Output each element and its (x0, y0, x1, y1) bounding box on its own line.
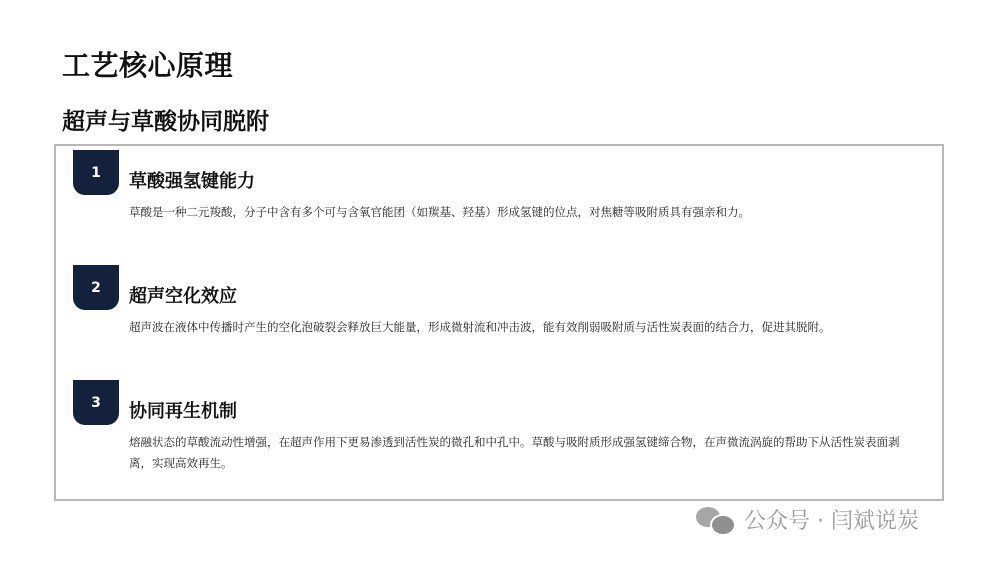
number-badge: 2 (73, 265, 119, 310)
item-heading: 超声空化效应 (129, 282, 237, 308)
content-panel: 1 草酸强氢键能力 草酸是一种二元羧酸，分子中含有多个可与含氧官能团（如羰基、羟… (54, 144, 944, 501)
item-description: 超声波在液体中传播时产生的空化泡破裂会释放巨大能量，形成微射流和冲击波，能有效削… (129, 317, 922, 338)
number-badge: 1 (73, 150, 119, 195)
page-subtitle: 超声与草酸协同脱附 (62, 103, 269, 136)
page-title: 工艺核心原理 (62, 44, 233, 84)
item-heading: 草酸强氢键能力 (129, 167, 255, 193)
wechat-icon (696, 505, 736, 535)
item-description: 熔融状态的草酸流动性增强，在超声作用下更易渗透到活性炭的微孔和中孔中。草酸与吸附… (129, 432, 922, 474)
item-description: 草酸是一种二元羧酸，分子中含有多个可与含氧官能团（如羰基、羟基）形成氢键的位点，… (129, 202, 922, 223)
item-heading: 协同再生机制 (129, 397, 237, 423)
watermark: 公众号 · 闫斌说炭 (696, 504, 919, 535)
watermark-text: 公众号 · 闫斌说炭 (744, 504, 919, 535)
number-badge: 3 (73, 380, 119, 425)
